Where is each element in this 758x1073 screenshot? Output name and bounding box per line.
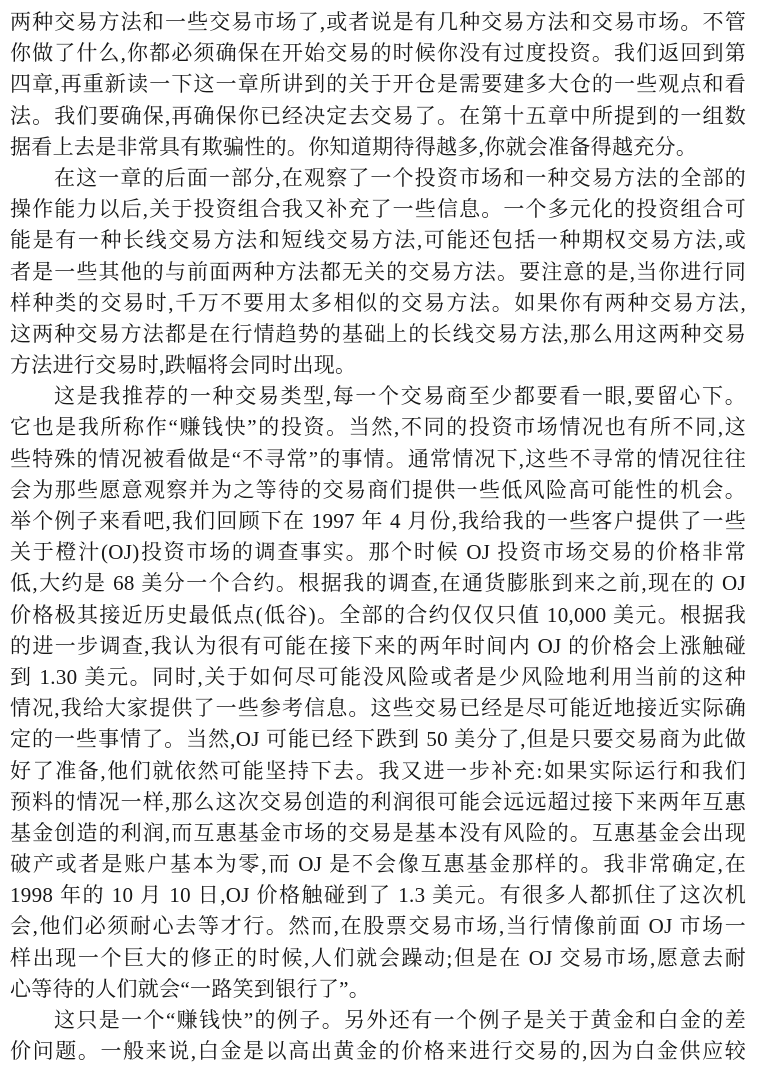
- text-line: 破产或者是账户基本为零,而 OJ 是不会像互惠基金那样的。我非常确定,在: [10, 849, 746, 880]
- text-line: 好了准备,他们就依然可能坚持下去。我又进一步补充:如果实际运行和我们: [10, 756, 746, 787]
- page-text: 两种交易方法和一些交易市场了,或者说是有几种交易方法和交易市场。不管你做了什么,…: [10, 7, 746, 1067]
- text-line: 样种类的交易时,千万不要用太多相似的交易方法。如果你有两种交易方法,: [10, 288, 746, 319]
- text-line: 基金创造的利润,而互惠基金市场的交易是基本没有风险的。互惠基金会出现: [10, 818, 746, 849]
- text-line: 者是一些其他的与前面两种方法都无关的交易方法。要注意的是,当你进行同: [10, 257, 746, 288]
- text-line: 这只是一个“赚钱快”的例子。另外还有一个例子是关于黄金和白金的差: [10, 1005, 746, 1036]
- text-line: 这是我推荐的一种交易类型,每一个交易商至少都要看一眼,要留心下。: [10, 381, 746, 412]
- text-line: 1998 年的 10 月 10 日,OJ 价格触碰到了 1.3 美元。有很多人都…: [10, 880, 746, 911]
- text-line: 法。我们要确保,再确保你已经决定去交易了。在第十五章中所提到的一组数: [10, 101, 746, 132]
- text-line: 这两种交易方法都是在行情趋势的基础上的长线交易方法,那么用这两种交易: [10, 319, 746, 350]
- text-line: 心等待的人们就会“一路笑到银行了”。: [10, 974, 746, 1005]
- text-line: 操作能力以后,关于投资组合我又补充了一些信息。一个多元化的投资组合可: [10, 194, 746, 225]
- text-line: 价问题。一般来说,白金是以高出黄金的价格来进行交易的,因为白金供应较: [10, 1036, 746, 1067]
- text-line: 它也是我所称作“赚钱快”的投资。当然,不同的投资市场情况也有所不同,这: [10, 412, 746, 443]
- text-line: 些特殊的情况被看做是“不寻常”的事情。通常情况下,这些不寻常的情况往往: [10, 444, 746, 475]
- text-line: 你做了什么,你都必须确保在开始交易的时候你没有过度投资。我们返回到第: [10, 38, 746, 69]
- text-line: 定的一些事情了。当然,OJ 可能已经下跌到 50 美分了,但是只要交易商为此做: [10, 724, 746, 755]
- text-line: 到 1.30 美元。同时,关于如何尽可能没风险或者是少风险地利用当前的这种: [10, 662, 746, 693]
- text-line: 情况,我给大家提供了一些参考信息。这些交易已经是尽可能近地接近实际确: [10, 693, 746, 724]
- text-line: 预料的情况一样,那么这次交易创造的利润很可能会远远超过接下来两年互惠: [10, 787, 746, 818]
- text-line: 会为那些愿意观察并为之等待的交易商们提供一些低风险高可能性的机会。: [10, 475, 746, 506]
- text-line: 方法进行交易时,跌幅将会同时出现。: [10, 350, 746, 381]
- text-line: 举个例子来看吧,我们回顾下在 1997 年 4 月份,我给我的一些客户提供了一些: [10, 506, 746, 537]
- text-line: 价格极其接近历史最低点(低谷)。全部的合约仅仅只值 10,000 美元。根据我: [10, 600, 746, 631]
- text-line: 在这一章的后面一部分,在观察了一个投资市场和一种交易方法的全部的: [10, 163, 746, 194]
- text-line: 会,他们必须耐心去等才行。然而,在股票交易市场,当行情像前面 OJ 市场一: [10, 911, 746, 942]
- text-line: 关于橙汁(OJ)投资市场的调查事实。那个时候 OJ 投资市场交易的价格非常: [10, 537, 746, 568]
- text-line: 据看上去是非常具有欺骗性的。你知道期待得越多,你就会准备得越充分。: [10, 132, 746, 163]
- text-line: 样出现一个巨大的修正的时候,人们就会躁动;但是在 OJ 交易市场,愿意去耐: [10, 943, 746, 974]
- text-line: 低,大约是 68 美分一个合约。根据我的调查,在通货膨胀到来之前,现在的 OJ: [10, 568, 746, 599]
- text-line: 的进一步调查,我认为很有可能在接下来的两年时间内 OJ 的价格会上涨触碰: [10, 631, 746, 662]
- book-page: 两种交易方法和一些交易市场了,或者说是有几种交易方法和交易市场。不管你做了什么,…: [0, 0, 758, 1073]
- text-line: 四章,再重新读一下这一章所讲到的关于开仓是需要建多大仓的一些观点和看: [10, 69, 746, 100]
- text-line: 能是有一种长线交易方法和短线交易方法,可能还包括一种期权交易方法,或: [10, 225, 746, 256]
- text-line: 两种交易方法和一些交易市场了,或者说是有几种交易方法和交易市场。不管: [10, 7, 746, 38]
